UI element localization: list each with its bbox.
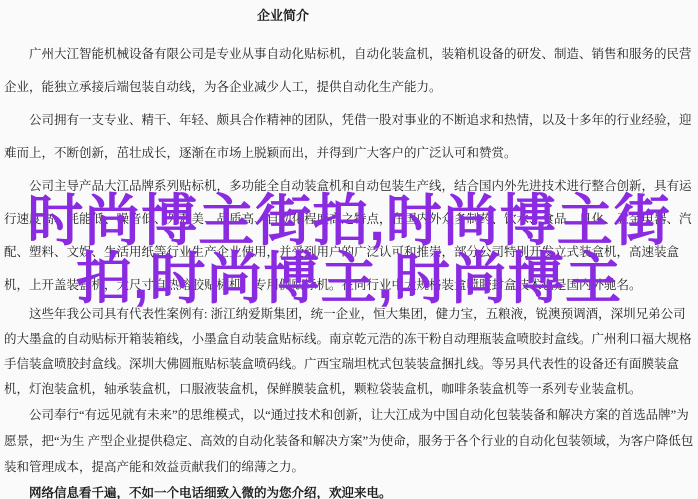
company-profile-page: 企业简介 广州大江智能机械设备有限公司是专业从事自动化贴标机，自动化装盒机，装箱… [0, 0, 698, 499]
page-title: 企业简介 [4, 8, 562, 24]
paragraph-team: 公司拥有一支专业、精干、年轻、颇具合作精神的团队，凭借一股对事业的不断追求和热情… [4, 104, 694, 170]
paragraph-case-studies: 这些年我公司具有代表性案例有: 浙江纳爱斯集团，统一企业，恒大集团，健力宝，五粮… [4, 302, 694, 402]
paragraph-contact-invite: 网络信息看千遍，不如一个电话细致入微的为您介绍，欢迎来电。 [4, 480, 694, 499]
paragraph-company-intro: 广州大江智能机械设备有限公司是专业从事自动化贴标机，自动化装盒机，装箱机设备的研… [4, 38, 694, 104]
paragraph-vision: 公司奉行“有远见就有未来”的思维模式，以“通过技术和创新，让大江成为中国自动化包… [4, 402, 694, 480]
paragraph-products: 公司主导产品大江品牌系列贴标机，多功能全自动装盒机和自动包装生产线，结合国内外先… [4, 170, 694, 302]
